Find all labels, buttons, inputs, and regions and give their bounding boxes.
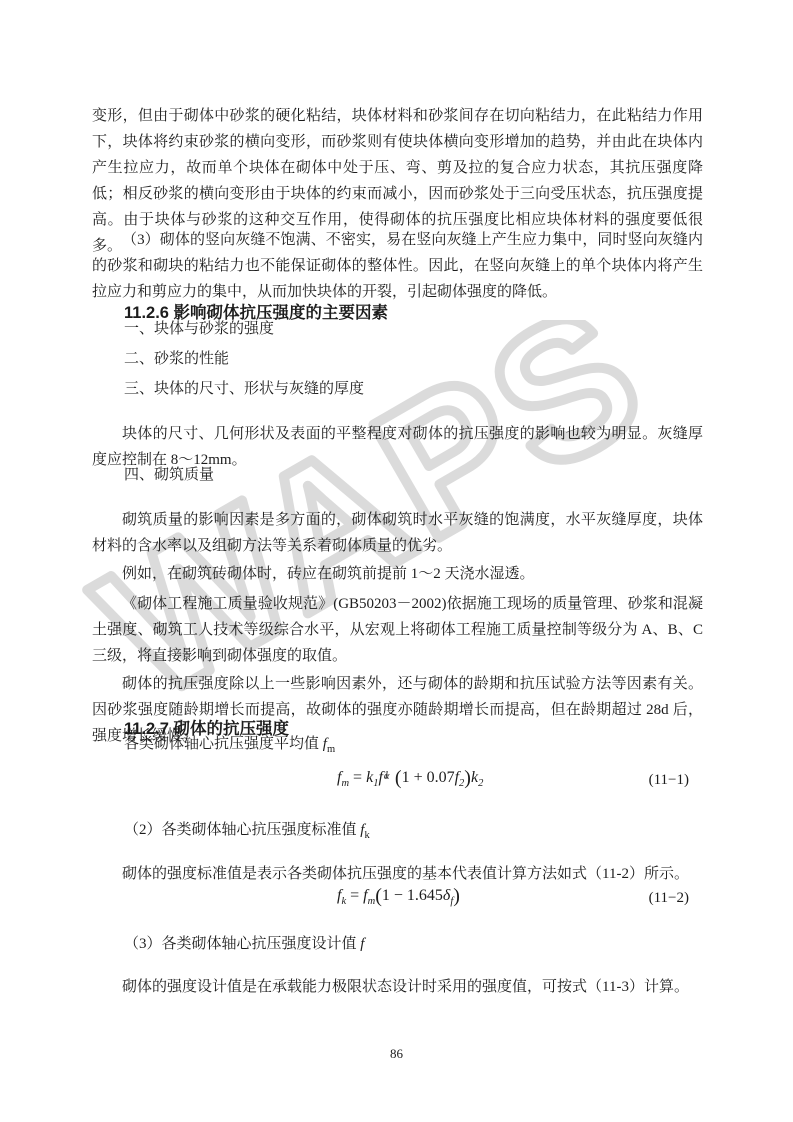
equals-sign: = xyxy=(349,769,366,786)
design-value-label: （3）各类砌体轴心抗压强度设计值 xyxy=(124,936,357,952)
open-paren: ( xyxy=(395,767,402,789)
paragraph-design-desc: 砌体的强度设计值是在承载能力极限状态设计时采用的强度值，可按式（11-3）计算。 xyxy=(92,974,703,1000)
list-item-4: 四、砌筑质量 xyxy=(92,462,735,488)
page-number: 86 xyxy=(0,1046,793,1062)
open-paren: ( xyxy=(375,885,382,907)
formula-11-2-expression: fk=fm(1 − 1.645δf) xyxy=(337,883,460,915)
paragraph-example: 例如，在砌筑砖砌体时，砖应在砌筑前提前 1～2 天浇水湿透。 xyxy=(92,561,703,587)
list-item-2: 二、砂浆的性能 xyxy=(92,346,735,372)
close-paren: ) xyxy=(464,767,471,789)
paragraph-item-3: （3）砌体的竖向灰缝不饱满、不密实，易在竖向灰缝上产生应力集中，同时竖向灰缝内的… xyxy=(92,227,703,305)
paragraph-standard-value: （2）各类砌体轴心抗压强度标准值 fk xyxy=(92,817,735,849)
symbol-f-mean-sub: m xyxy=(327,744,335,755)
formula-11-1-expression: fm=k1fα1(1 + 0.07f2)k2 xyxy=(337,765,483,797)
standard-value-label: （2）各类砌体轴心抗压强度标准值 xyxy=(124,822,357,838)
formula-11-2: fk=fm(1 − 1.645δf) (11−2) xyxy=(92,883,703,917)
list-item-1: 一、块体与砂浆的强度 xyxy=(92,316,735,342)
symbol-f-design: f xyxy=(360,936,364,952)
list-item-3: 三、块体的尺寸、形状与灰缝的厚度 xyxy=(92,376,735,402)
equation-number-11-2: (11−2) xyxy=(649,885,689,911)
paragraph-design-value: （3）各类砌体轴心抗压强度设计值 f xyxy=(92,931,735,963)
close-paren: ) xyxy=(453,885,460,907)
equation-number-11-1: (11−1) xyxy=(649,767,689,793)
equals-sign: = xyxy=(346,887,363,904)
symbol-f-standard-sub: k xyxy=(364,830,369,841)
paragraph-spec-gb50203: 《砌体工程施工质量验收规范》(GB50203－2002)依据施工现场的质量管理、… xyxy=(92,591,703,669)
mean-value-label: 各类砌体轴心抗压强度平均值 xyxy=(124,736,319,752)
paragraph-mean-value: 各类砌体轴心抗压强度平均值 fm xyxy=(92,731,735,763)
paragraph-masonry-quality: 砌筑质量的影响因素是多方面的，砌体砌筑时水平灰缝的饱满度，水平灰缝厚度，块体材料… xyxy=(92,507,703,559)
var-k2: k xyxy=(471,769,478,786)
formula-11-1: fm=k1fα1(1 + 0.07f2)k2 (11−1) xyxy=(92,765,703,799)
f1-sup-sub-stack: α1 xyxy=(383,767,395,787)
document-page: WAPS 变形，但由于砌体中砂浆的硬化粘结，块体材料和砂浆间存在切向粘结力，在此… xyxy=(0,0,793,1122)
